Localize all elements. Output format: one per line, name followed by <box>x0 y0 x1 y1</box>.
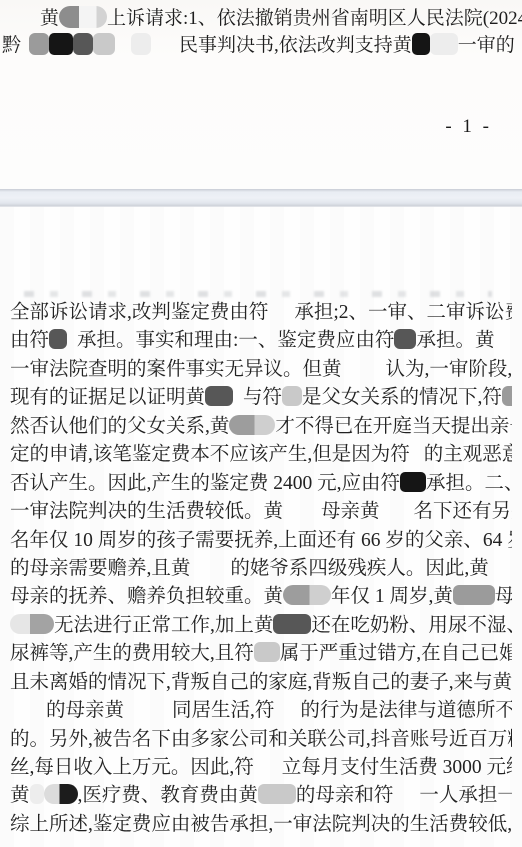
text-run: 是父女关系的情况下,符 <box>302 387 502 408</box>
page-number: - 1 - <box>445 116 492 138</box>
redaction-mark <box>10 699 46 719</box>
text-run: 认为,一审阶段,在 <box>386 359 512 380</box>
text-run: 上诉请求:1、依法撤销贵州省南明区人民法院(2024) <box>107 8 522 29</box>
text-run: 综上所述,鉴定费应由被告承担,一审法院判决的生活费较低, <box>10 814 512 835</box>
text-line: 且未离婚的情况下,背叛自己的家庭,背叛自己的妻子,来与黄 <box>10 669 512 697</box>
redaction-mark <box>49 33 73 55</box>
text-run: 民事判决书,依法改判支持黄 <box>179 35 412 56</box>
redaction-mark <box>410 443 424 463</box>
text-line: 现有的证据足以证明黄与符是父女关系的情况下,符依 <box>10 384 512 412</box>
text-run: 同居生活,符 <box>172 700 274 721</box>
redaction-mark <box>29 33 49 55</box>
page-divider <box>0 189 522 207</box>
text-run: 还在吃奶粉、用尿不湿、纸 <box>311 615 512 636</box>
redaction-mark <box>49 329 67 349</box>
text-run: 黔 <box>2 35 21 56</box>
text-run: 年仅 1 周岁,黄 <box>331 586 453 607</box>
text-run: 然否认他们的父女关系,黄 <box>10 416 229 437</box>
text-run: 立每月支付生活费 3000 元给 <box>282 757 512 778</box>
text-run: 的母亲黄 <box>46 700 124 721</box>
redaction-mark <box>274 699 300 719</box>
redaction-mark <box>254 756 282 776</box>
redaction-mark <box>229 415 275 435</box>
text-run: 承担。黄 <box>416 330 494 351</box>
text-line: 丝,每日收入上万元。因此,符立每月支付生活费 3000 元给 <box>10 754 512 782</box>
redaction-mark <box>124 699 172 719</box>
redaction-mark <box>430 33 458 55</box>
redaction-mark <box>502 386 512 406</box>
text-line: 一审法院判决的生活费较低。黄母亲黄名下还有另外一 <box>10 498 512 526</box>
text-run: 现有的证据足以证明黄 <box>10 387 205 408</box>
text-run: 母亲的抚养、赡养负担较重。黄 <box>10 586 283 607</box>
text-run: 才不得已在开庭当天提出亲子鉴 <box>275 416 512 437</box>
text-run: 全部诉讼请求,改判鉴定费由符 <box>10 302 268 323</box>
redaction-mark <box>400 472 426 492</box>
redaction-mark <box>73 33 93 55</box>
redaction-mark <box>131 33 151 55</box>
text-line: 黔民事判决书,依法改判支持黄一审的 <box>0 32 522 59</box>
text-line: 母亲的抚养、赡养负担较重。黄年仅 1 周岁,黄母亲黄 <box>10 583 512 611</box>
text-run: 的。另外,被告名下由多家公司和关联公司,抖音账号近百万粉 <box>10 729 512 750</box>
redaction-mark <box>10 614 54 634</box>
text-run: 母亲黄 <box>321 501 380 522</box>
redaction-mark <box>412 33 430 55</box>
text-run: 承担。事实和理由:一、鉴定费应由符 <box>77 330 394 351</box>
redaction-mark <box>282 386 302 406</box>
text-run: 名年仅 10 周岁的孩子需要抚养,上面还有 66 岁的父亲、64 岁 <box>10 530 512 551</box>
text-run: 且未离婚的情况下,背叛自己的家庭,背叛自己的妻子,来与黄 <box>10 672 512 693</box>
text-run: 尿裤等,产生的费用较大,且符 <box>10 643 254 664</box>
text-line: 的母亲需要赡养,且黄的姥爷系四级残疾人。因此,黄 <box>10 555 512 583</box>
redaction-mark <box>93 33 115 55</box>
redaction-mark <box>21 33 29 55</box>
redaction-mark <box>283 500 321 520</box>
redaction-mark <box>342 358 386 378</box>
text-run: 与符 <box>243 387 282 408</box>
text-line: 无法进行正常工作,加上黄还在吃奶粉、用尿不湿、纸 <box>10 612 512 640</box>
text-line: 定的申请,该笔鉴定费本不应该产生,但是因为符的主观恶意 <box>10 441 512 469</box>
page-1-fragment: 黄上诉请求:1、依法撤销贵州省南明区人民法院(2024)黔民事判决书,依法改判支… <box>0 0 522 189</box>
page-2: 全部诉讼请求,改判鉴定费由符承担;2、一审、二审诉讼费由符承担。事实和理由:一、… <box>0 207 522 847</box>
redaction-mark <box>59 6 107 28</box>
text-run: 否认产生。因此,产生的鉴定费 2400 元,应由符 <box>10 473 400 494</box>
redaction-mark <box>394 329 416 349</box>
text-line: 的。另外,被告名下由多家公司和关联公司,抖音账号近百万粉 <box>10 726 512 754</box>
text-run: 的姥爷系四级残疾人。因此,黄 <box>230 558 488 579</box>
text-run: 的行为是法律与道德所不允许 <box>300 700 512 721</box>
redaction-mark <box>30 784 44 804</box>
text-run: 一人承担一半。 <box>419 785 512 806</box>
text-run: 属于严重过错方,在自己已婚 <box>280 643 512 664</box>
text-line: 否认产生。因此,产生的鉴定费 2400 元,应由符承担。二、 <box>10 470 512 498</box>
page-1-text: 黄上诉请求:1、依法撤销贵州省南明区人民法院(2024)黔民事判决书,依法改判支… <box>0 5 522 59</box>
redaction-mark <box>190 557 230 577</box>
text-line: 黄,医疗费、教育费由黄的母亲和符一人承担一半。 <box>10 782 512 810</box>
redaction-mark <box>115 33 131 55</box>
text-line: 然否认他们的父女关系,黄才不得已在开庭当天提出亲子鉴 <box>10 413 512 441</box>
redaction-mark <box>67 329 77 349</box>
redaction-mark <box>273 614 311 634</box>
redaction-mark <box>151 33 179 55</box>
redaction-mark <box>254 642 280 662</box>
text-line: 由符承担。事实和理由:一、鉴定费应由符承担。黄对 <box>10 327 512 355</box>
redaction-mark <box>453 585 495 605</box>
text-line: 尿裤等,产生的费用较大,且符属于严重过错方,在自己已婚 <box>10 640 512 668</box>
show-through-marks <box>24 291 492 297</box>
text-run: 定的申请,该笔鉴定费本不应该产生,但是因为符 <box>10 444 410 465</box>
redaction-mark <box>393 784 419 804</box>
text-run: 的母亲和符 <box>296 785 394 806</box>
text-run: 的母亲需要赡养,且黄 <box>10 558 190 579</box>
text-run: 承担。二、 <box>426 473 512 494</box>
text-run: 名下还有另外一 <box>414 501 512 522</box>
text-run: 一审法院判决的生活费较低。黄 <box>10 501 283 522</box>
redaction-mark <box>258 784 296 804</box>
text-line: 名年仅 10 周岁的孩子需要抚养,上面还有 66 岁的父亲、64 岁 <box>10 527 512 555</box>
redaction-mark <box>283 585 331 605</box>
text-line: 全部诉讼请求,改判鉴定费由符承担;2、一审、二审诉讼费 <box>10 299 512 327</box>
text-run: 由符 <box>10 330 49 351</box>
redaction-mark <box>494 329 512 349</box>
text-run: 黄 <box>10 785 30 806</box>
text-run: 的主观恶意 <box>424 444 512 465</box>
text-run: 黄 <box>40 8 59 29</box>
redaction-mark <box>205 386 233 406</box>
text-line: 一审法院查明的案件事实无异议。但黄认为,一审阶段,在 <box>10 356 512 384</box>
redaction-mark <box>44 784 78 804</box>
redaction-mark <box>380 500 414 520</box>
page-2-text: 全部诉讼请求,改判鉴定费由符承担;2、一审、二审诉讼费由符承担。事实和理由:一、… <box>10 299 512 839</box>
redaction-mark <box>233 386 243 406</box>
text-line: 综上所述,鉴定费应由被告承担,一审法院判决的生活费较低, <box>10 811 512 839</box>
text-run: 母亲黄 <box>495 586 512 607</box>
document-photo: 黄上诉请求:1、依法撤销贵州省南明区人民法院(2024)黔民事判决书,依法改判支… <box>0 0 522 847</box>
text-run: ,医疗费、教育费由黄 <box>78 785 258 806</box>
redaction-mark <box>268 301 294 321</box>
text-line: 黄上诉请求:1、依法撤销贵州省南明区人民法院(2024) <box>0 5 522 32</box>
text-run: 无法进行正常工作,加上黄 <box>54 615 273 636</box>
text-run: 丝,每日收入上万元。因此,符 <box>10 757 254 778</box>
text-run: 一审的 <box>458 35 515 56</box>
text-line: 的母亲黄同居生活,符的行为是法律与道德所不允许 <box>10 697 512 725</box>
text-run: 一审法院查明的案件事实无异议。但黄 <box>10 359 342 380</box>
text-run: 承担;2、一审、二审诉讼费 <box>294 302 512 323</box>
